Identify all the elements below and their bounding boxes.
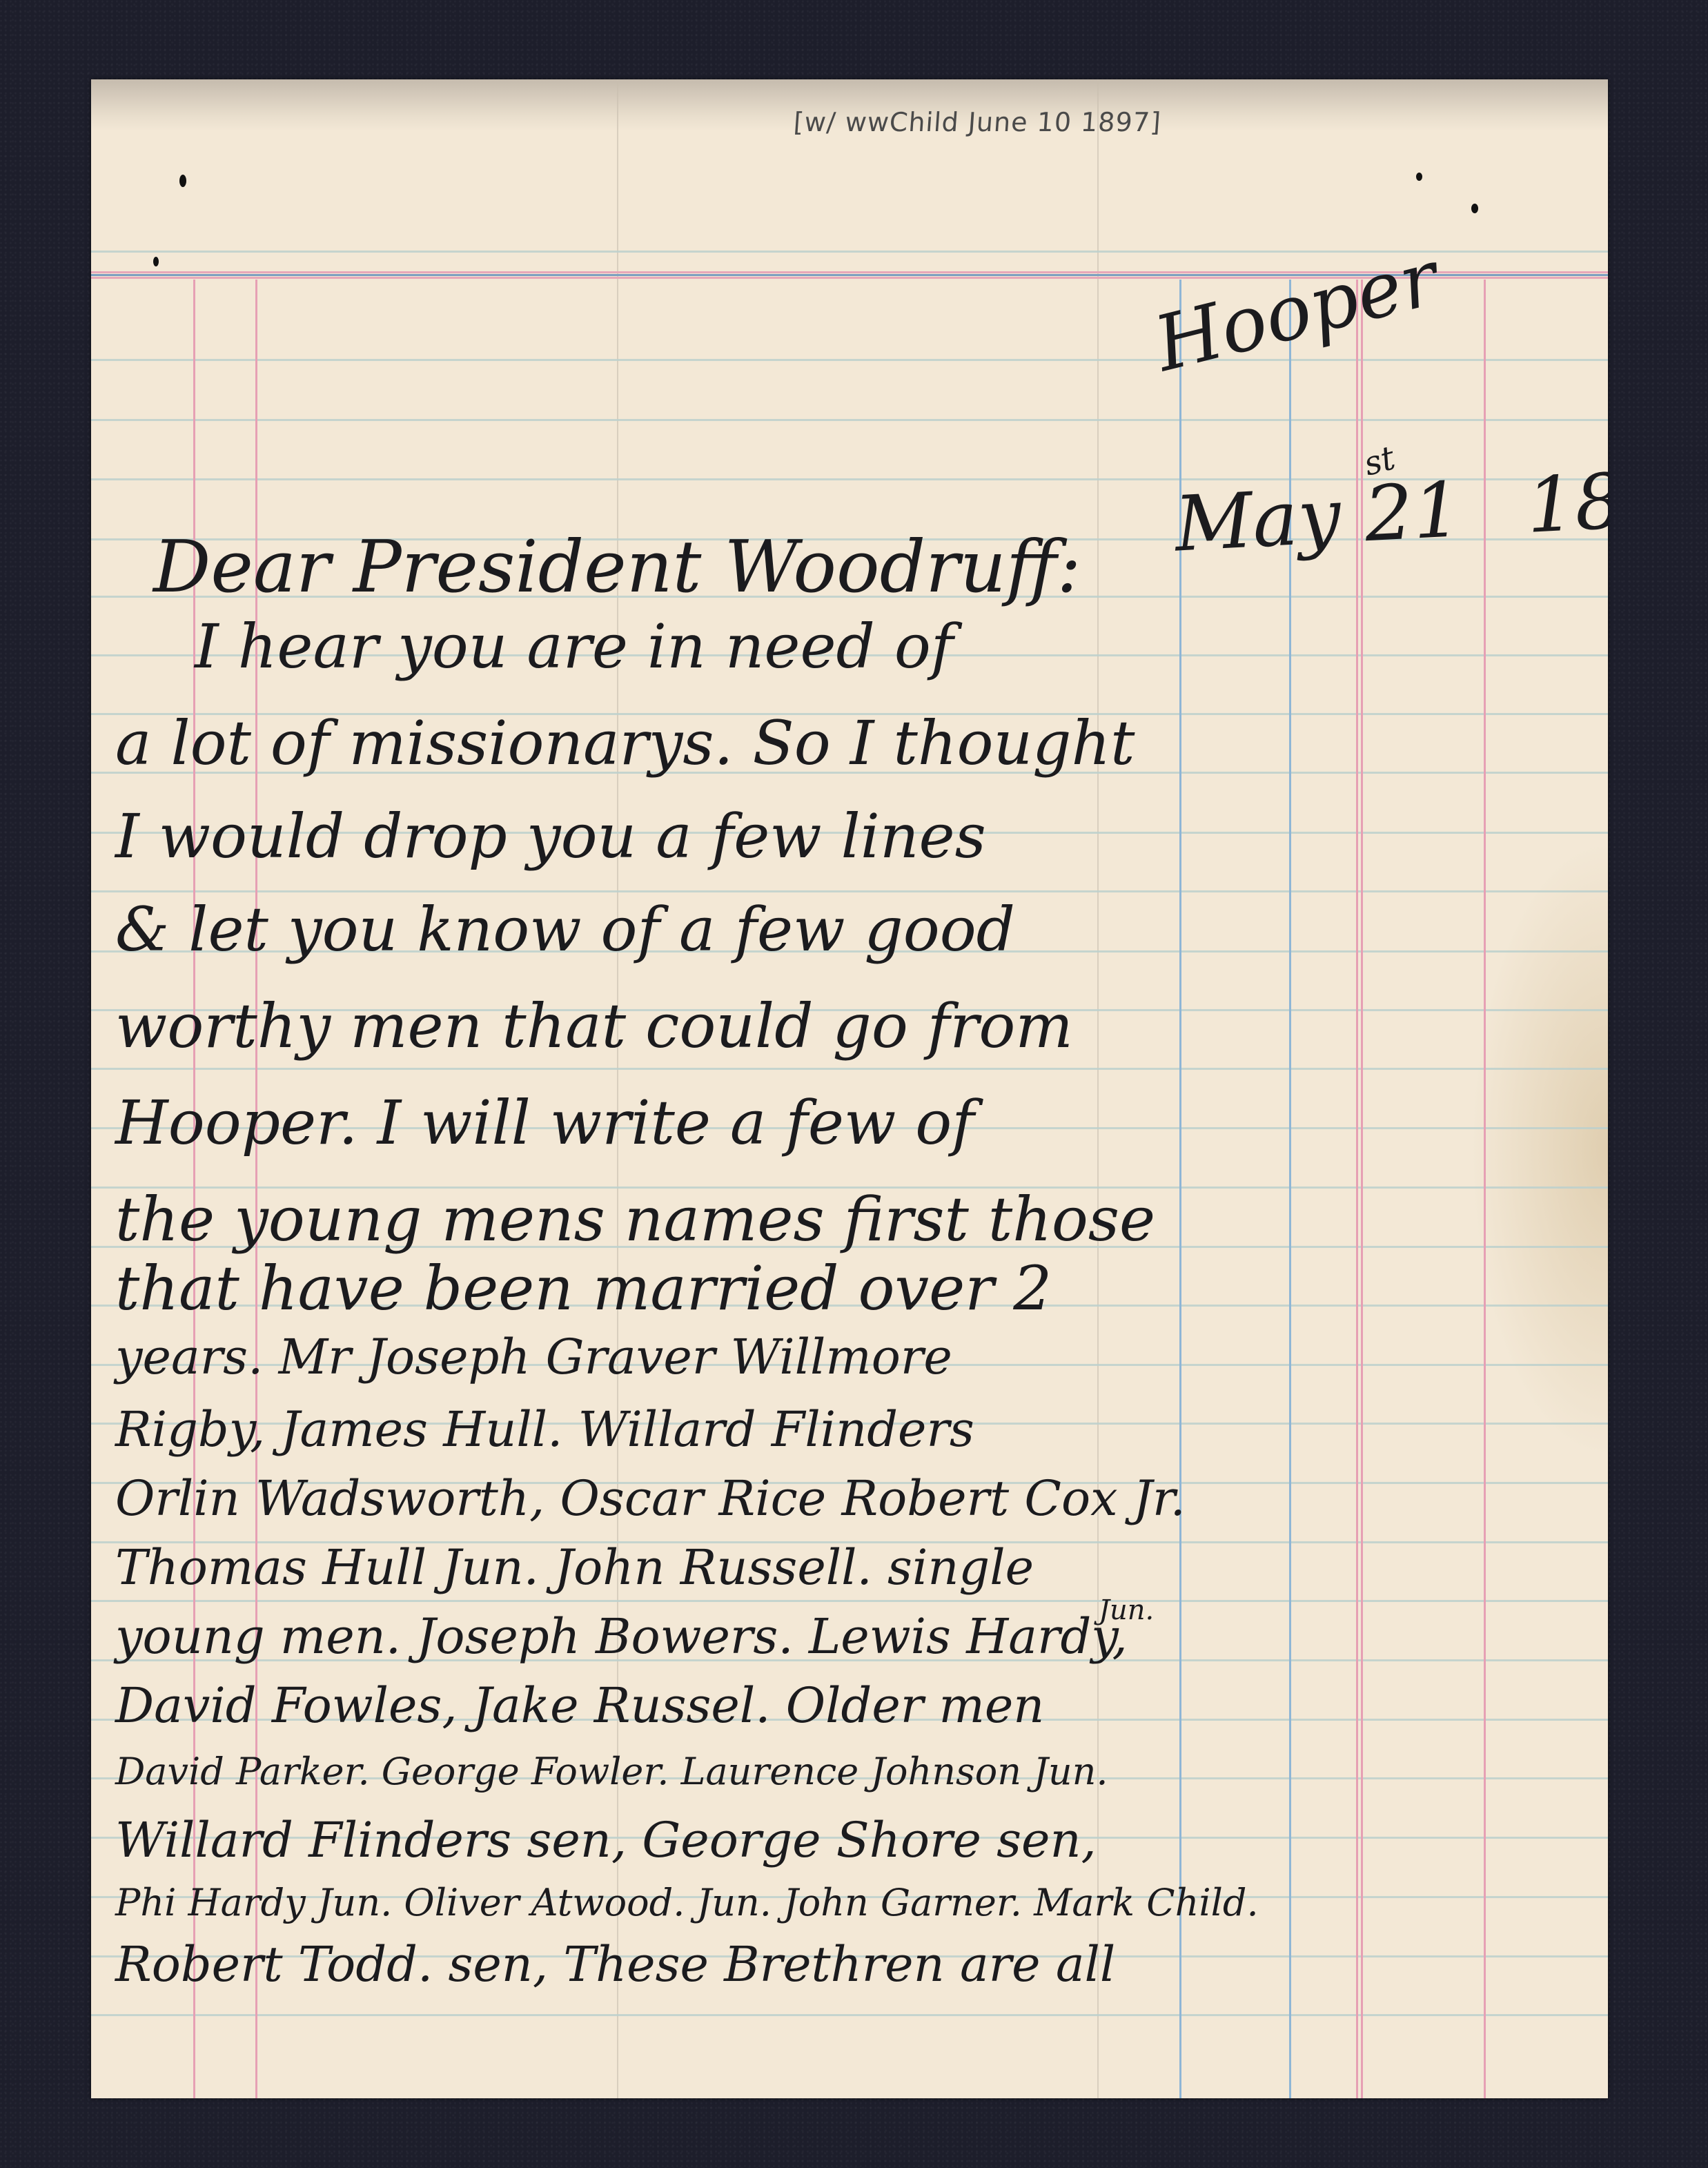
pin-hole (1471, 204, 1478, 213)
body-line: Willard Flinders sen, George Shore sen, (115, 1812, 1097, 1868)
pin-hole (1416, 173, 1422, 181)
body-line: David Fowles, Jake Russel. Older men (115, 1677, 1044, 1734)
ruled-line (91, 419, 1608, 421)
body-line: years. Mr Joseph Graver Willmore (115, 1329, 952, 1385)
body-line: I would drop you a few lines (115, 801, 986, 872)
letter-page: [w/ wwChild June 10 1897] Hooper st May … (91, 79, 1608, 2098)
body-line: the young mens names first those (115, 1184, 1155, 1255)
letter-date: May 21 1897 (1172, 451, 1608, 568)
body-line: David Parker. George Fowler. Laurence Jo… (115, 1750, 1108, 1793)
letter-place: Hooper (1146, 233, 1446, 389)
body-line: Thomas Hull Jun. John Russell. single (115, 1539, 1034, 1596)
fold-crease (1097, 79, 1099, 2098)
ruled-line (91, 359, 1608, 361)
ruled-line (91, 2014, 1608, 2016)
body-line: I hear you are in need of (195, 611, 953, 682)
body-line: Rigby, James Hull. Willard Flinders (115, 1401, 974, 1458)
ruled-line (91, 1600, 1608, 1602)
interlinear-note: Jun. (1099, 1594, 1154, 1626)
body-line: Hooper. I will write a few of (115, 1087, 974, 1158)
body-line: Orlin Wadsworth, Oscar Rice Robert Cox J… (115, 1470, 1186, 1527)
body-line: Phi Hardy Jun. Oliver Atwood. Jun. John … (115, 1881, 1259, 1924)
pin-hole (179, 175, 186, 187)
body-line: Robert Todd. sen, These Brethren are all (115, 1936, 1115, 1993)
body-line: that have been married over 2 (115, 1253, 1052, 1324)
archival-annotation: [w/ wwChild June 10 1897] (792, 107, 1162, 137)
date-day: May 21 (1172, 465, 1463, 569)
body-line: young men. Joseph Bowers. Lewis Hardy, (115, 1608, 1128, 1665)
salutation: Dear President Woodruff: (153, 525, 1081, 609)
body-line: worthy men that could go from (115, 990, 1073, 1062)
body-line: & let you know of a few good (115, 894, 1015, 965)
ruled-line (91, 1068, 1608, 1070)
date-year: 1897 (1524, 451, 1608, 549)
body-line: a lot of missionarys. So I thought (115, 707, 1135, 779)
ruled-line (91, 890, 1608, 892)
pin-hole (153, 257, 159, 266)
paper-stain (1470, 839, 1608, 1460)
